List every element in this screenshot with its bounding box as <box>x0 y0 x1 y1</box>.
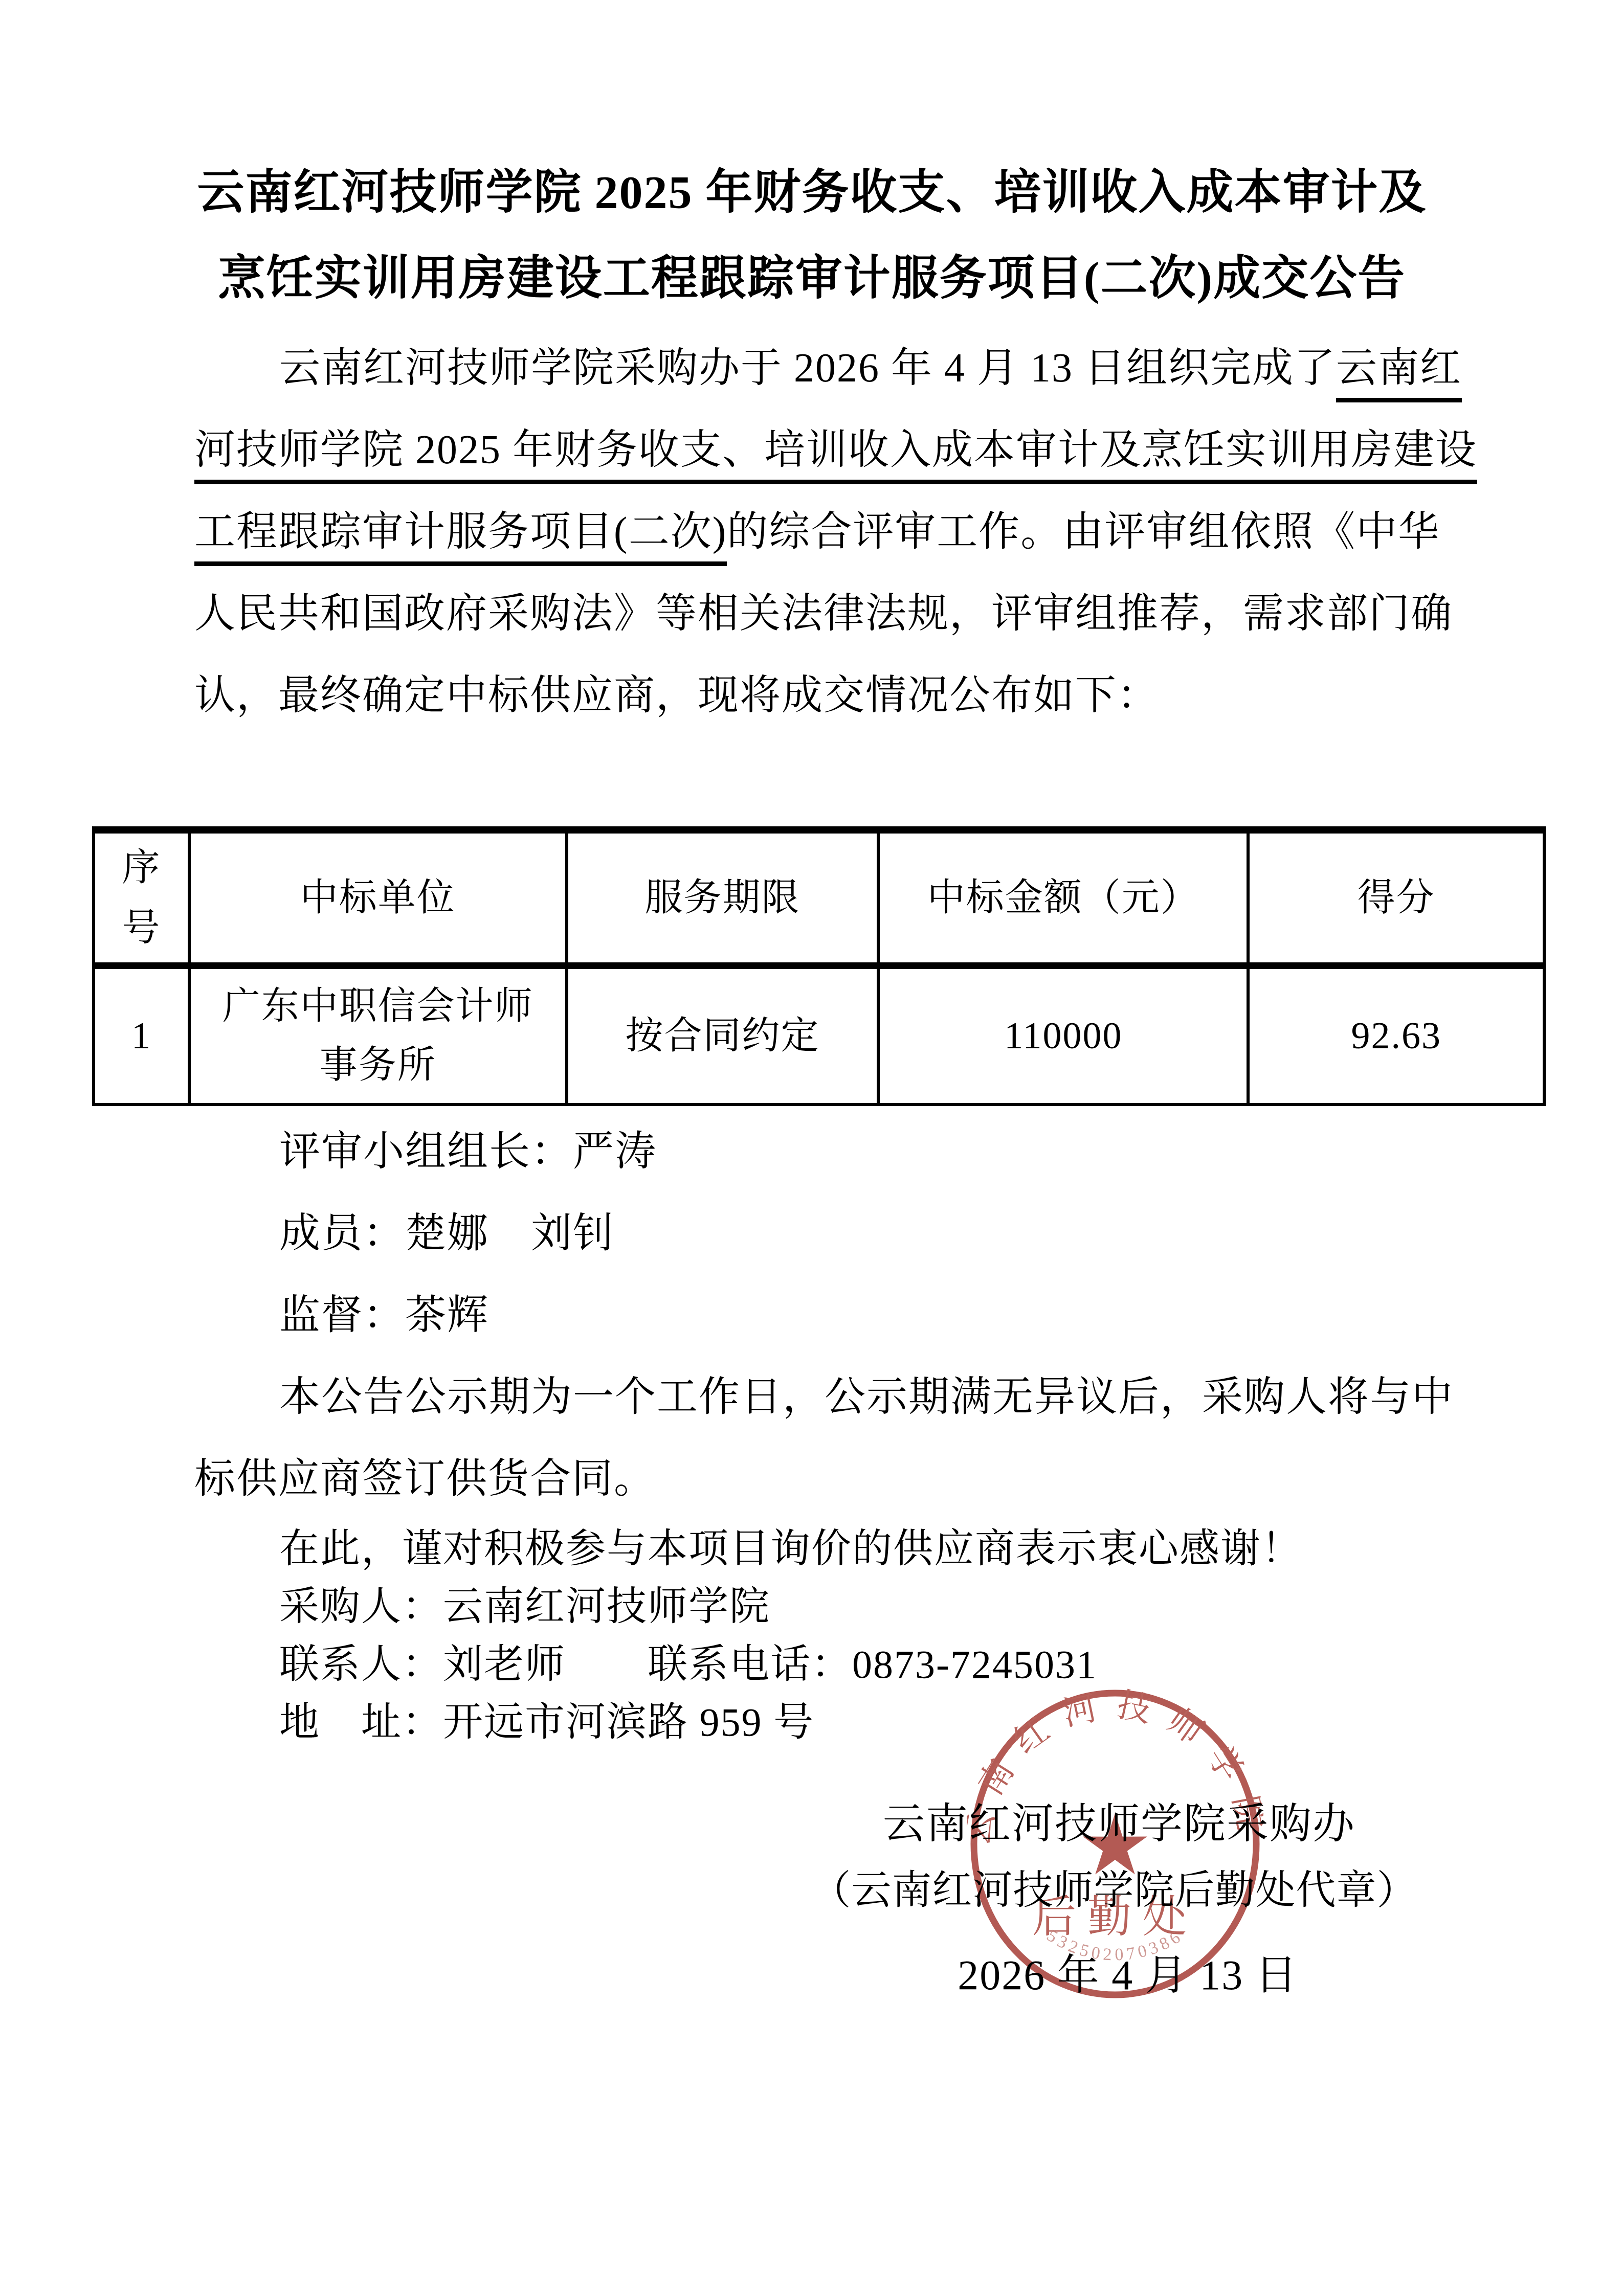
notice-line: 成员：楚娜 刘钊 <box>194 1192 1454 1274</box>
body-text: 的综合评审工作。由评审组依照《中华 <box>727 509 1440 554</box>
body-text: 认，最终确定中标供应商，现将成交情况公布如下： <box>194 673 1159 718</box>
body-text: 人民共和国政府采购法》等相关法律法规，评审组推荐，需求部门确 <box>194 591 1453 636</box>
contact-line: 在此，谨对积极参与本项目询价的供应商表示衷心感谢！ <box>194 1520 1302 1578</box>
paragraph-line: 云南红河技师学院采购办于 2026 年 4 月 13 日组织完成了云南红 <box>194 327 1453 409</box>
paragraph-line: 认，最终确定中标供应商，现将成交情况公布如下： <box>194 655 1453 736</box>
paragraph-line: 工程跟踪审计服务项目(二次)的综合评审工作。由评审组依照《中华 <box>194 491 1453 573</box>
paragraph-line: 河技师学院 2025 年财务收支、培训收入成本审计及烹饪实训用房建设 <box>194 409 1453 491</box>
review-panel-section: 评审小组组长：严涛成员：楚娜 刘钊监督：茶辉本公告公示期为一个工作日，公示期满无… <box>194 1111 1454 1520</box>
signoff-date: 2026 年 4 月 13 日 <box>821 1949 1435 2002</box>
table-header-cell: 服务期限 <box>567 830 879 966</box>
table-header-cell: 中标单位 <box>189 830 566 966</box>
award-table: 序号中标单位服务期限中标金额（元）得分1广东中职信会计师事务所按合同约定1100… <box>92 826 1546 1106</box>
table-header-cell: 得分 <box>1248 830 1544 966</box>
document-page: 云南红河技师学院 后勤处 532502070386 云南红河技师学院 2025 … <box>0 0 1624 2296</box>
paragraph-line: 人民共和国政府采购法》等相关法律法规，评审组推荐，需求部门确 <box>194 573 1453 655</box>
notice-line: 监督：茶辉 <box>194 1274 1454 1356</box>
contact-line: 地 址：开远市河滨路 959 号 <box>194 1693 1302 1751</box>
document-title-line-1: 云南红河技师学院 2025 年财务收支、培训收入成本审计及 <box>0 149 1624 235</box>
underlined-text: 工程跟踪审计服务项目(二次) <box>194 509 727 566</box>
signoff-org: 云南红河技师学院采购办 <box>812 1798 1426 1851</box>
signoff-seal-note: （云南红河技师学院后勤处代章） <box>807 1865 1421 1916</box>
table-cell: 按合同约定 <box>567 966 879 1105</box>
underlined-text: 云南红 <box>1336 346 1462 402</box>
contact-line: 联系人：刘老师 联系电话：0873-7245031 <box>194 1635 1302 1693</box>
document-title-line-2: 烹饪实训用房建设工程跟踪审计服务项目(二次)成交公告 <box>0 235 1624 321</box>
notice-line: 评审小组组长：严涛 <box>194 1111 1454 1192</box>
table-row: 1广东中职信会计师事务所按合同约定11000092.63 <box>94 966 1544 1105</box>
table-cell: 92.63 <box>1248 966 1544 1105</box>
table-header-cell: 中标金额（元） <box>878 830 1248 966</box>
body-text: 云南红河技师学院采购办于 2026 年 4 月 13 日组织完成了 <box>279 346 1336 391</box>
table-header-cell: 序号 <box>94 830 189 966</box>
award-result-table: 序号中标单位服务期限中标金额（元）得分1广东中职信会计师事务所按合同约定1100… <box>92 826 1546 1106</box>
table-cell: 广东中职信会计师事务所 <box>189 966 566 1105</box>
table-header-row: 序号中标单位服务期限中标金额（元）得分 <box>94 830 1544 966</box>
contact-line: 采购人：云南红河技师学院 <box>194 1578 1302 1635</box>
notice-line: 本公告公示期为一个工作日，公示期满无异议后，采购人将与中 <box>194 1356 1454 1438</box>
underlined-text: 河技师学院 2025 年财务收支、培训收入成本审计及烹饪实训用房建设 <box>194 427 1477 484</box>
table-cell: 110000 <box>878 966 1248 1105</box>
table-cell: 1 <box>94 966 189 1105</box>
contact-section: 在此，谨对积极参与本项目询价的供应商表示衷心感谢！采购人：云南红河技师学院联系人… <box>194 1520 1302 1751</box>
document-title: 云南红河技师学院 2025 年财务收支、培训收入成本审计及 烹饪实训用房建设工程… <box>0 149 1624 321</box>
notice-line: 标供应商签订供货合同。 <box>194 1438 1454 1520</box>
opening-paragraph: 云南红河技师学院采购办于 2026 年 4 月 13 日组织完成了云南红河技师学… <box>194 327 1453 736</box>
